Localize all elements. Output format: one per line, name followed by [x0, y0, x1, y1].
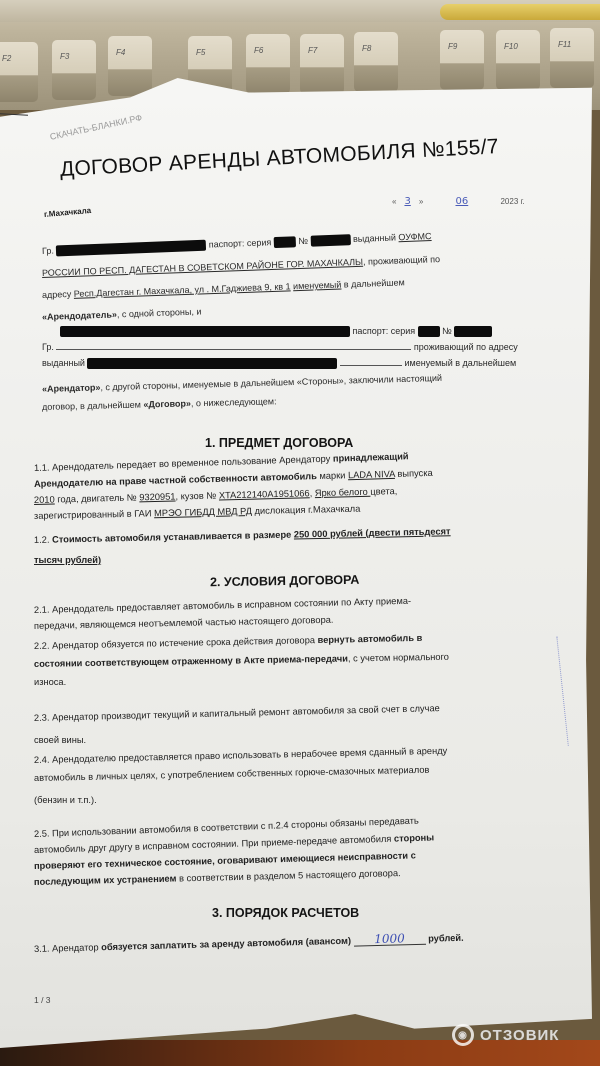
- lessee-line-3: выданный именуемый в дальнейшем: [42, 358, 516, 369]
- car-make: LADA NIVA: [348, 469, 395, 480]
- clause-2-3-line-2: своей вины.: [34, 736, 86, 745]
- number-label: №: [442, 326, 452, 336]
- clause-2-1-line-2: передачи, являющемся неотъемлемой частью…: [34, 616, 334, 632]
- blank-field: [340, 365, 402, 366]
- passport-label: паспорт: серия: [209, 237, 272, 249]
- otzovik-logo-icon: ◉: [452, 1024, 474, 1046]
- otzovik-brand-text: ОТЗОВИК: [480, 1027, 559, 1044]
- section-3-heading: 3. ПОРЯДОК РАСЧЕТОВ: [212, 906, 359, 920]
- clause-1-2-line-2: тысяч рублей): [34, 556, 101, 565]
- advance-amount: 1000: [374, 931, 405, 946]
- passport-label: паспорт: серия: [353, 326, 416, 336]
- issuer: ОУФМС: [398, 231, 431, 242]
- clause-2-4-line-3: (бензин и т.п.).: [34, 796, 97, 805]
- margin-mark: [0, 113, 28, 115]
- handwritten-signature: [556, 634, 588, 746]
- date-day: 3: [396, 196, 418, 207]
- clause-2-1-line-1: 2.1. Арендодатель предоставляет автомоби…: [34, 597, 411, 616]
- role-lessee: «Арендатор»: [42, 382, 101, 394]
- named-label: именуемый: [293, 280, 342, 292]
- issued-label: выданный: [353, 232, 396, 244]
- text: зарегистрированный в ГАИ: [34, 508, 154, 521]
- lessee-role-rest: , с другой стороны, именуемые в дальнейш…: [100, 373, 442, 393]
- date-month: 06: [426, 196, 499, 207]
- redacted-series: [274, 236, 296, 248]
- issued-label: выданный: [42, 358, 85, 368]
- text-bold: принадлежащий: [333, 451, 409, 463]
- clause-2-2-line-3: износа.: [34, 678, 66, 687]
- lessee-line-2: Гр. проживающий по адресу: [42, 342, 518, 352]
- clause-2-3-line-1: 2.3. Арендатор производит текущий и капи…: [34, 704, 440, 723]
- text: в соответствии в разделом 5 настоящего д…: [176, 868, 400, 883]
- lessee-line-1: паспорт: серия №: [60, 326, 492, 337]
- text: договор, в дальнейшем: [42, 400, 144, 412]
- car-value-continued: тысяч рублей): [34, 555, 101, 565]
- text: 2.2. Арендатор обязуется по истечение ср…: [34, 635, 318, 651]
- clause-2-2-line-2: состоянии соответствующем отраженному в …: [34, 653, 449, 670]
- text: , о нижеследующем:: [191, 396, 277, 408]
- lessor-address: Респ.Дагестан г. Махачкала, ул . М.Гаджи…: [74, 281, 291, 299]
- text: года, двигатель №: [55, 492, 140, 504]
- section-1-heading: 1. ПРЕДМЕТ ДОГОВОРА: [205, 436, 353, 450]
- text: , кузов №: [175, 490, 219, 501]
- text-bold: обязуется заплатить за аренду автомобиля…: [101, 936, 351, 953]
- clause-2-4-line-2: автомобиль в личных целях, с употреблени…: [34, 766, 430, 784]
- date-year: 2023 г.: [500, 197, 524, 206]
- text-bold: Стоимость автомобиля устанавливается в р…: [52, 530, 294, 545]
- document-title: ДОГОВОР АРЕНДЫ АВТОМОБИЛЯ №155/7: [59, 135, 499, 182]
- text-bold: последующим их устранением: [34, 874, 177, 887]
- engine-number: 9320951: [139, 492, 175, 503]
- car-year: 2010: [34, 494, 55, 505]
- redacted-number: [310, 234, 350, 247]
- source-watermark: СКАЧАТЬ-БЛАНКИ.РФ: [49, 113, 143, 142]
- contract-term: «Договор»: [143, 398, 191, 409]
- car-color: Ярко белого: [315, 487, 371, 498]
- role-lessor: «Арендодатель»: [42, 309, 117, 322]
- lessor-line-1: Гр. паспорт: серия № выданный ОУФМС: [42, 231, 432, 257]
- hereinafter-label: в дальнейшем: [344, 277, 405, 289]
- blank-field: [56, 349, 411, 350]
- redacted-number: [454, 326, 492, 337]
- clause-1-1-line-4: зарегистрированный в ГАИ МРЭО ГИБДД МВД …: [34, 505, 361, 522]
- lessor-line-2: РОССИИ ПО РЕСП. ДАГЕСТАН В СОВЕТСКОМ РАЙ…: [42, 254, 440, 278]
- lessee-line-4: «Арендатор», с другой стороны, именуемые…: [42, 373, 442, 394]
- lessor-line-4: «Арендодатель», с одной стороны, и: [42, 306, 202, 322]
- registration-office: МРЭО ГИБДД МВД РД: [154, 506, 252, 518]
- clause-2-2-line-1: 2.2. Арендатор обязуется по истечение ср…: [34, 634, 423, 651]
- redacted-issuer: [87, 358, 337, 369]
- contract-document: СКАЧАТЬ-БЛАНКИ.РФ ДОГОВОР АРЕНДЫ АВТОМОБ…: [0, 0, 600, 1066]
- text: дислокация г.Махачкала: [252, 504, 361, 516]
- clause-3-1: 3.1. Арендатор обязуется заплатить за ар…: [34, 931, 464, 956]
- text: 3.1. Арендатор: [34, 942, 101, 954]
- citizen-prefix: Гр.: [42, 246, 54, 256]
- currency-label: рублей.: [428, 933, 464, 944]
- clause-2-4-line-1: 2.4. Арендодателю предоставляется право …: [34, 747, 447, 766]
- lessor-line-3: адресу Респ.Дагестан г. Махачкала, ул . …: [42, 277, 405, 300]
- text: , с учетом нормального: [348, 652, 449, 664]
- text: выпуска: [395, 468, 433, 479]
- citizen-prefix: Гр.: [42, 342, 54, 352]
- page-number: 1 / 3: [34, 995, 51, 1005]
- redacted-name: [56, 240, 206, 257]
- living-label: проживающий по адресу: [414, 342, 518, 352]
- otzovik-watermark: ◉ ОТЗОВИК: [452, 1024, 559, 1046]
- text: марки: [317, 470, 348, 481]
- lessor-role-rest: , с одной стороны, и: [117, 306, 202, 319]
- number-label: №: [298, 236, 308, 246]
- body-number: XTA212140A1951066: [219, 488, 310, 500]
- lessee-line-5: договор, в дальнейшем «Договор», о нижес…: [42, 396, 277, 412]
- clause-2-5-line-4: последующим их устранением в соответстви…: [34, 869, 401, 887]
- clause-number: 1.2.: [34, 535, 52, 545]
- text-bold: Арендодателю на праве частной собственно…: [34, 471, 317, 489]
- issuer-continued: РОССИИ ПО РЕСП. ДАГЕСТАН В СОВЕТСКОМ РАЙ…: [42, 257, 363, 278]
- contract-date: «3» 06 2023 г.: [392, 196, 525, 207]
- text-bold: стороны: [394, 832, 434, 843]
- redacted-lessee-name: [60, 326, 350, 337]
- text: цвета,: [370, 486, 397, 497]
- advance-amount-field: 1000: [353, 932, 425, 947]
- text: 1.1. Арендодатель передает во временное …: [34, 454, 333, 473]
- redacted-series: [418, 326, 440, 337]
- named-label: именуемый в дальнейшем: [405, 358, 517, 368]
- city: г.Махачкала: [44, 206, 92, 219]
- living-label: проживающий по: [368, 254, 440, 267]
- text-bold: состоянии соответствующем отраженному в …: [34, 654, 348, 669]
- text-bold: вернуть автомобиль в: [317, 633, 422, 645]
- car-value: 250 000 рублей (двести пятьдесят: [294, 526, 451, 539]
- section-2-heading: 2. УСЛОВИЯ ДОГОВОРА: [210, 573, 360, 590]
- clause-1-2-line-1: 1.2. Стоимость автомобиля устанавливаетс…: [34, 527, 451, 545]
- address-label: адресу: [42, 289, 72, 300]
- clause-1-1-line-3: 2010 года, двигатель № 9320951, кузов № …: [34, 487, 398, 505]
